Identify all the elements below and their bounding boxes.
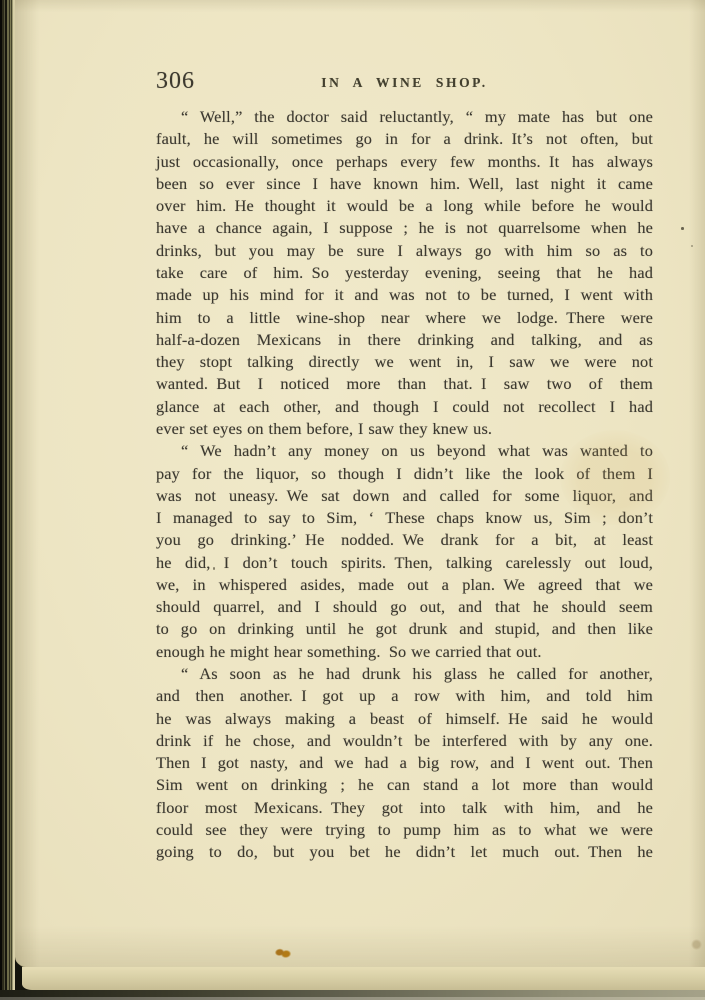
text-line: glance at each other, and though I could… — [156, 396, 653, 418]
text-line: to go on drinking until he got drunk and… — [156, 618, 653, 640]
book-bottom-pages-edge — [22, 967, 705, 990]
ink-speck — [213, 567, 215, 570]
scanned-book-photo: { "page": { "number": "306", "running_ti… — [0, 0, 705, 1000]
text-line: just occasionally, once perhaps every fe… — [156, 151, 653, 173]
text-line: enough he might hear something. So we ca… — [156, 641, 653, 663]
ink-speck — [681, 227, 684, 230]
paragraph: “ As soon as he had drunk his glass he c… — [156, 663, 653, 864]
text-line: half-a-dozen Mexicans in there drinking … — [156, 329, 653, 351]
foxing-spot — [691, 939, 702, 950]
text-line: have a chance again, I suppose ; he is n… — [156, 217, 653, 239]
text-line: he was always making a beast of himself.… — [156, 708, 653, 730]
text-line: should quarrel, and I should go out, and… — [156, 596, 653, 618]
text-line: could see they were trying to pump him a… — [156, 819, 653, 841]
text-line: him to a little wine-shop near where we … — [156, 307, 653, 329]
foxing-spot — [274, 947, 291, 960]
paragraph: “ Well,” the doctor said reluctantly, “ … — [156, 106, 653, 440]
text-line: and then another. I got up a row with hi… — [156, 685, 653, 707]
ink-speck — [691, 245, 693, 247]
running-title: IN A WINE SHOP. — [156, 76, 653, 90]
text-line: Sim went on drinking ; he can stand a lo… — [156, 774, 653, 796]
page-header: 306 IN A WINE SHOP. — [156, 69, 653, 95]
text-line: wanted. But I noticed more than that. I … — [156, 373, 653, 395]
book-cover-bottom-band — [0, 990, 705, 997]
text-line: drinks, but you may be sure I always go … — [156, 240, 653, 262]
book-binding-edge — [0, 0, 15, 1000]
text-line: fault, he will sometimes go in for a dri… — [156, 128, 653, 150]
text-line: been so ever since I have known him. Wel… — [156, 173, 653, 195]
text-line: you go drinking.’ He nodded. We drank fo… — [156, 529, 653, 551]
book-page: 306 IN A WINE SHOP. “ Well,” the doctor … — [15, 0, 705, 969]
text-line: over him. He thought it would be a long … — [156, 195, 653, 217]
text-line: we, in whispered asides, made out a plan… — [156, 574, 653, 596]
text-line: “ As soon as he had drunk his glass he c… — [156, 663, 653, 685]
text-line: ever set eyes on them before, I saw they… — [156, 418, 653, 440]
text-line: going to do, but you bet he didn’t let m… — [156, 841, 653, 863]
text-line: take care of him. So yesterday evening, … — [156, 262, 653, 284]
text-line: “ Well,” the doctor said reluctantly, “ … — [156, 106, 653, 128]
text-line: Then I got nasty, and we had a big row, … — [156, 752, 653, 774]
text-line: made up his mind for it and was not to b… — [156, 284, 653, 306]
text-line: they stopt talking directly we went in, … — [156, 351, 653, 373]
text-line: floor most Mexicans. They got into talk … — [156, 797, 653, 819]
text-line: drink if he chose, and wouldn’t be inter… — [156, 730, 653, 752]
paper-stain — [560, 430, 670, 525]
text-line: he did, I don’t touch spirits. Then, tal… — [156, 552, 653, 574]
